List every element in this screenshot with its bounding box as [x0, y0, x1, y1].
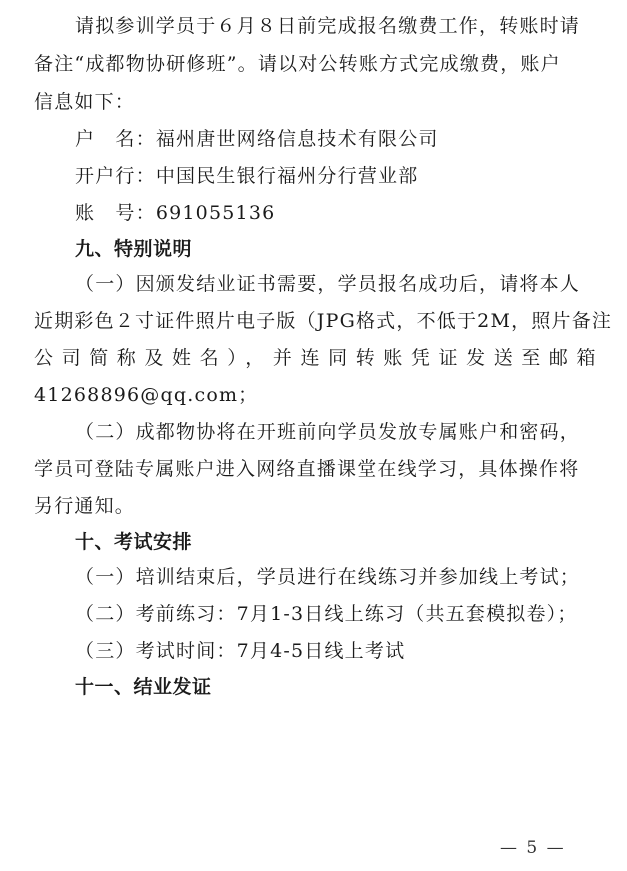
- account-name-value: 福州唐世网络信息技术有限公司: [156, 128, 439, 150]
- section-item-line: （一）培训结束后，学员进行在线练习并参加线上考试；: [75, 565, 627, 589]
- account-number-label: 账 号：: [75, 202, 156, 224]
- account-name-row: 户 名：福州唐世网络信息技术有限公司: [75, 127, 627, 151]
- email-line: 41268896@qq.com；: [34, 383, 594, 407]
- account-number-value: 691055136: [156, 202, 276, 224]
- bank-label: 开户行：: [75, 165, 156, 187]
- account-name-label: 户 名：: [75, 128, 156, 150]
- section-heading: 九、特别说明: [75, 237, 627, 261]
- section-item-line: （一）因颁发结业证书需要，学员报名成功后，请将本人: [75, 272, 627, 296]
- bank-row: 开户行：中国民生银行福州分行营业部: [75, 164, 627, 188]
- section-heading: 十一、结业发证: [75, 675, 627, 699]
- paragraph-line: 信息如下：: [34, 90, 594, 114]
- account-number-row: 账 号：691055136: [75, 201, 627, 225]
- paragraph-line: 请拟参训学员于６月８日前完成报名缴费工作，转账时请: [75, 14, 627, 38]
- paragraph-line: 备注“成都物协研修班”。请以对公转账方式完成缴费，账户: [34, 52, 594, 76]
- page-number: — 5 —: [500, 838, 566, 858]
- section-item-line: 公司简称及姓名），并连同转账凭证发送至邮箱: [34, 346, 594, 370]
- section-item-line: 另行通知。: [34, 494, 594, 518]
- section-item-line: （二）成都物协将在开班前向学员发放专属账户和密码，: [75, 420, 627, 444]
- section-item-line: 学员可登陆专属账户进入网络直播课堂在线学习，具体操作将: [34, 457, 594, 481]
- section-item-line: （二）考前练习：7月1-3日线上练习（共五套模拟卷）；: [75, 602, 627, 626]
- section-heading: 十、考试安排: [75, 530, 627, 554]
- section-item-line: （三）考试时间：7月4-5日线上考试: [75, 639, 627, 663]
- section-item-line: 近期彩色２寸证件照片电子版（JPG格式，不低于2M，照片备注: [34, 309, 594, 333]
- document-page: 请拟参训学员于６月８日前完成报名缴费工作，转账时请 备注“成都物协研修班”。请以…: [0, 0, 627, 871]
- bank-value: 中国民生银行福州分行营业部: [156, 165, 419, 187]
